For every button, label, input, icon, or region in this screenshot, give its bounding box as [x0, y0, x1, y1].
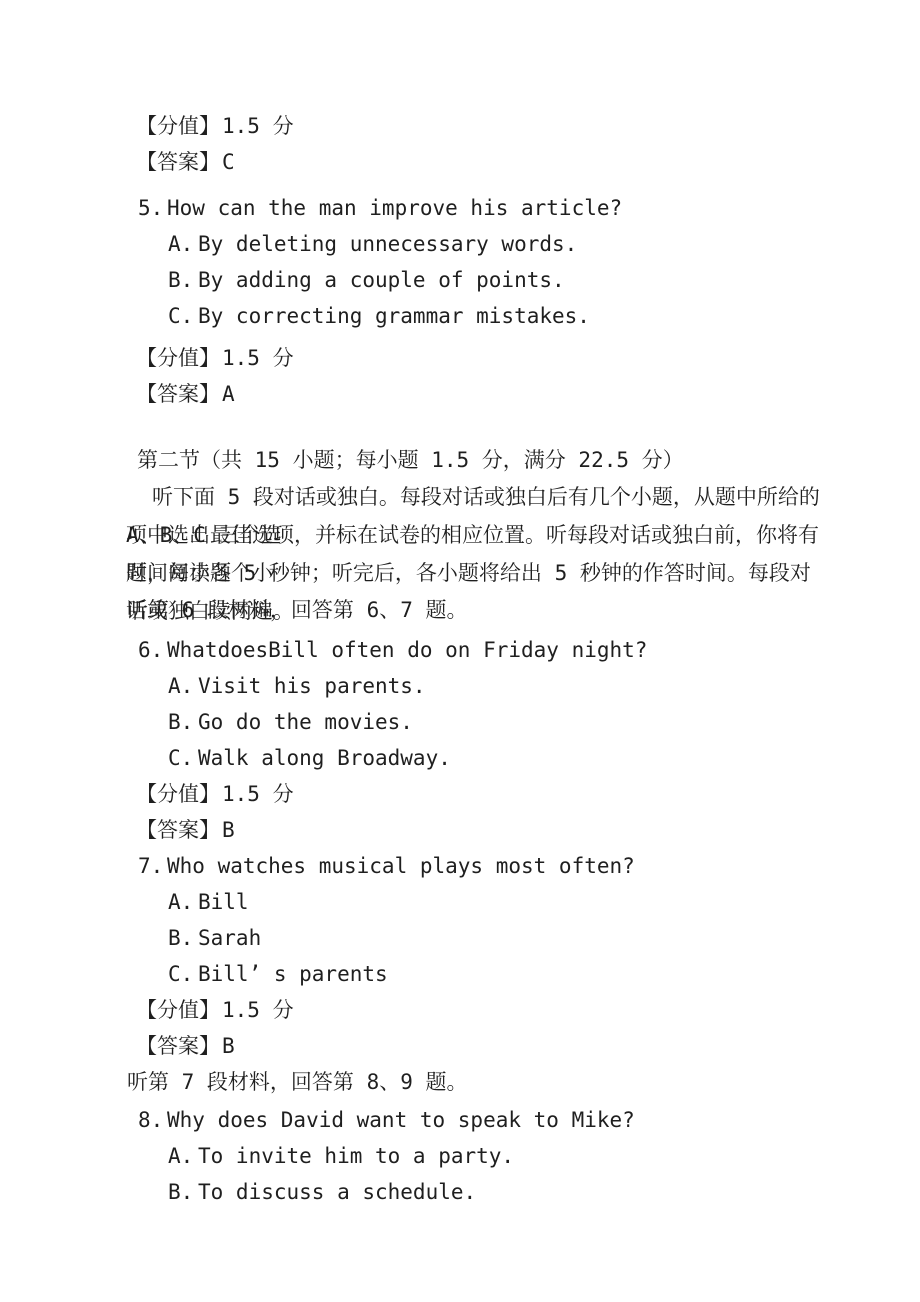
instructions-line-2: 项中选出最佳选项，并标在试卷的相应位置。听每段对话或独白前，你将有时间阅读各个小 [126, 516, 826, 554]
question-8: 8.Why does David want to speak to Mike? [138, 1102, 826, 1138]
question-6-option-b: B.Go do the movies. [168, 704, 826, 740]
option-text: By correcting grammar mistakes. [198, 304, 590, 328]
exam-content: 【分值】1.5 分 【答案】C 5.How can the man improv… [0, 0, 896, 1210]
option-text: Walk along Broadway. [198, 746, 451, 770]
question-7-option-c: C.Bill’ s parents [168, 956, 826, 992]
instructions-line-1: 听下面 5 段对话或独白。每段对话或独白后有几个小题，从题中所给的 A、B、C … [126, 478, 826, 516]
material-6-note: 听第 6 段材料，回答第 6、7 题。 [127, 592, 826, 628]
option-label: C. [168, 956, 198, 992]
option-text: Go do the movies. [198, 710, 413, 734]
option-text: Visit his parents. [198, 674, 426, 698]
score-value: 1.5 分 [222, 346, 294, 370]
instructions-line-3: 题，每小题 5 秒钟；听完后，各小题将给出 5 秒钟的作答时间。每段对话或独白读… [126, 554, 826, 592]
material-7-note: 听第 7 段材料，回答第 8、9 题。 [127, 1064, 826, 1100]
option-label: A. [168, 226, 198, 262]
option-text: To discuss a schedule. [198, 1180, 476, 1204]
answer-line-q6: 【答案】B [136, 812, 826, 848]
question-7-option-a: A.Bill [168, 884, 826, 920]
score-label: 【分值】 [136, 346, 220, 370]
question-6-option-c: C.Walk along Broadway. [168, 740, 826, 776]
answer-value: B [222, 1034, 235, 1058]
question-text: Why does David want to speak to Mike? [167, 1108, 635, 1132]
option-text: Bill’ s parents [198, 962, 388, 986]
answer-value: C [222, 150, 235, 174]
answer-label: 【答案】 [136, 1034, 220, 1058]
option-text: By deleting unnecessary words. [198, 232, 577, 256]
option-text: Bill [198, 890, 249, 914]
question-text: How can the man improve his article? [167, 196, 622, 220]
option-label: B. [168, 920, 198, 956]
question-number: 6. [138, 632, 167, 668]
option-label: B. [168, 1174, 198, 1210]
question-number: 5. [138, 190, 167, 226]
answer-line-q4: 【答案】C [136, 144, 826, 180]
question-number: 7. [138, 848, 167, 884]
question-5-option-c: C.By correcting grammar mistakes. [168, 298, 826, 334]
score-value: 1.5 分 [222, 998, 294, 1022]
question-text: WhatdoesBill often do on Friday night? [167, 638, 647, 662]
answer-value: B [222, 818, 235, 842]
score-label: 【分值】 [136, 998, 220, 1022]
answer-value: A [222, 382, 235, 406]
answer-label: 【答案】 [136, 818, 220, 842]
score-line-q4: 【分值】1.5 分 [136, 108, 826, 144]
option-text: By adding a couple of points. [198, 268, 565, 292]
question-7: 7.Who watches musical plays most often? [138, 848, 826, 884]
answer-label: 【答案】 [136, 150, 220, 174]
exam-document-page: 【分值】1.5 分 【答案】C 5.How can the man improv… [0, 0, 920, 1302]
answer-label: 【答案】 [136, 382, 220, 406]
question-5-option-b: B.By adding a couple of points. [168, 262, 826, 298]
question-6-option-a: A.Visit his parents. [168, 668, 826, 704]
option-label: B. [168, 262, 198, 298]
option-label: A. [168, 668, 198, 704]
score-value: 1.5 分 [222, 782, 294, 806]
question-number: 8. [138, 1102, 167, 1138]
option-label: A. [168, 1138, 198, 1174]
score-value: 1.5 分 [222, 114, 294, 138]
option-text: Sarah [198, 926, 261, 950]
score-line-q5: 【分值】1.5 分 [136, 340, 826, 376]
option-label: A. [168, 884, 198, 920]
question-7-option-b: B.Sarah [168, 920, 826, 956]
question-8-option-b: B.To discuss a schedule. [168, 1174, 826, 1210]
answer-line-q7: 【答案】B [136, 1028, 826, 1064]
option-label: C. [168, 740, 198, 776]
option-text: To invite him to a party. [198, 1144, 514, 1168]
answer-line-q5: 【答案】A [136, 376, 826, 412]
question-6: 6.WhatdoesBill often do on Friday night? [138, 632, 826, 668]
question-5-option-a: A.By deleting unnecessary words. [168, 226, 826, 262]
question-8-option-a: A.To invite him to a party. [168, 1138, 826, 1174]
question-text: Who watches musical plays most often? [167, 854, 635, 878]
question-5: 5.How can the man improve his article? [138, 190, 826, 226]
score-label: 【分值】 [136, 114, 220, 138]
option-label: B. [168, 704, 198, 740]
option-label: C. [168, 298, 198, 334]
score-line-q6: 【分值】1.5 分 [136, 776, 826, 812]
score-line-q7: 【分值】1.5 分 [136, 992, 826, 1028]
score-label: 【分值】 [136, 782, 220, 806]
section-2-heading: 第二节（共 15 小题；每小题 1.5 分，满分 22.5 分） [137, 442, 826, 478]
